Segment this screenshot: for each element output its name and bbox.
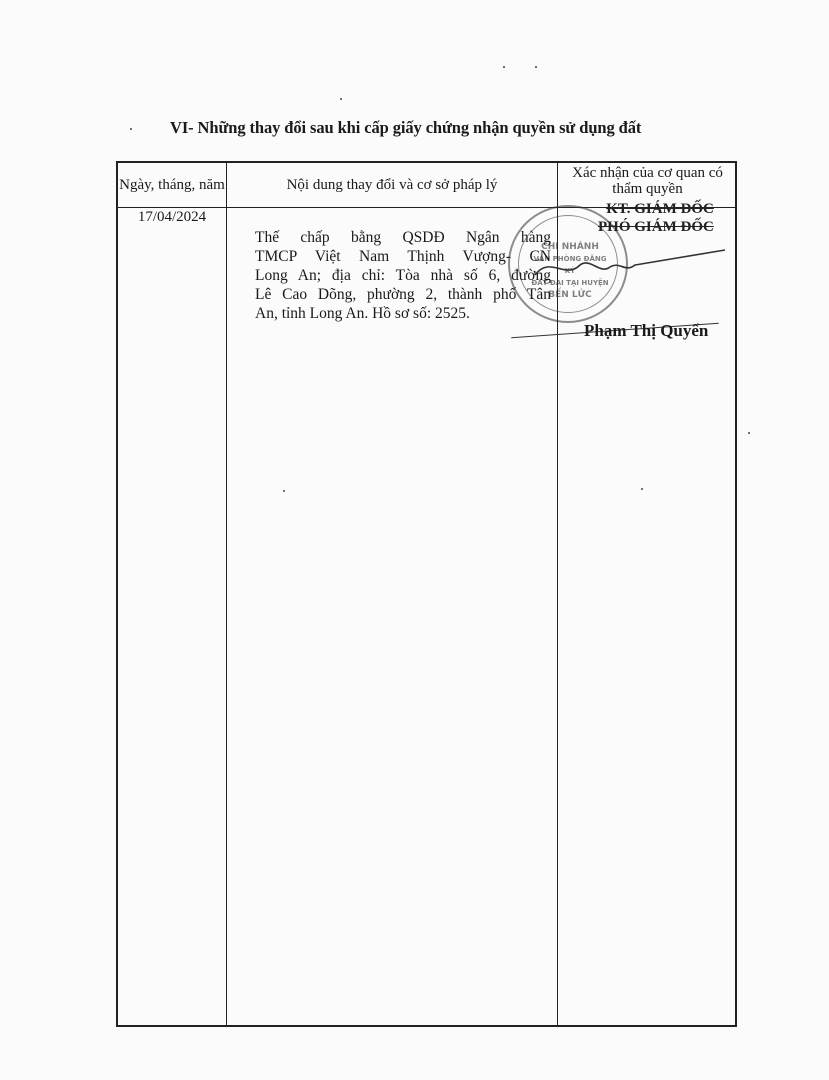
title-line: KT. GIÁM ĐỐC xyxy=(598,200,714,218)
signer-name: Phạm Thị Quyển xyxy=(584,321,708,341)
content-line: Long An; địa chỉ: Tòa nhà số 6, đường xyxy=(255,266,551,285)
content-line: An, tỉnh Long An. Hồ sơ số: 2525. xyxy=(255,304,551,323)
row-content: Thế chấp bằng QSDĐ Ngân hàng TMCP Việt N… xyxy=(255,228,551,323)
content-line: TMCP Việt Nam Thịnh Vượng- CN xyxy=(255,247,551,266)
speck xyxy=(130,128,132,130)
header-content: Nội dung thay đổi và cơ sở pháp lý xyxy=(227,163,557,207)
confirmation-title: KT. GIÁM ĐỐC PHÓ GIÁM ĐỐC xyxy=(598,200,714,236)
column-divider xyxy=(226,163,227,1025)
speck xyxy=(641,488,643,490)
row-date: 17/04/2024 xyxy=(118,209,226,226)
speck xyxy=(503,66,505,68)
speck xyxy=(535,66,537,68)
header-date: Ngày, tháng, năm xyxy=(118,163,226,207)
changes-table: Ngày, tháng, năm Nội dung thay đổi và cơ… xyxy=(116,161,737,1027)
content-line: Lê Cao Dõng, phường 2, thành phố Tân xyxy=(255,285,551,304)
section-title: VI- Những thay đổi sau khi cấp giấy chứn… xyxy=(170,118,641,138)
speck xyxy=(283,490,285,492)
title-line: PHÓ GIÁM ĐỐC xyxy=(598,218,714,236)
speck xyxy=(340,98,342,100)
content-line: Thế chấp bằng QSDĐ Ngân hàng xyxy=(255,228,551,247)
stamp-text: BẾN LỨC xyxy=(528,289,612,301)
signature xyxy=(530,245,730,285)
speck xyxy=(748,432,750,434)
